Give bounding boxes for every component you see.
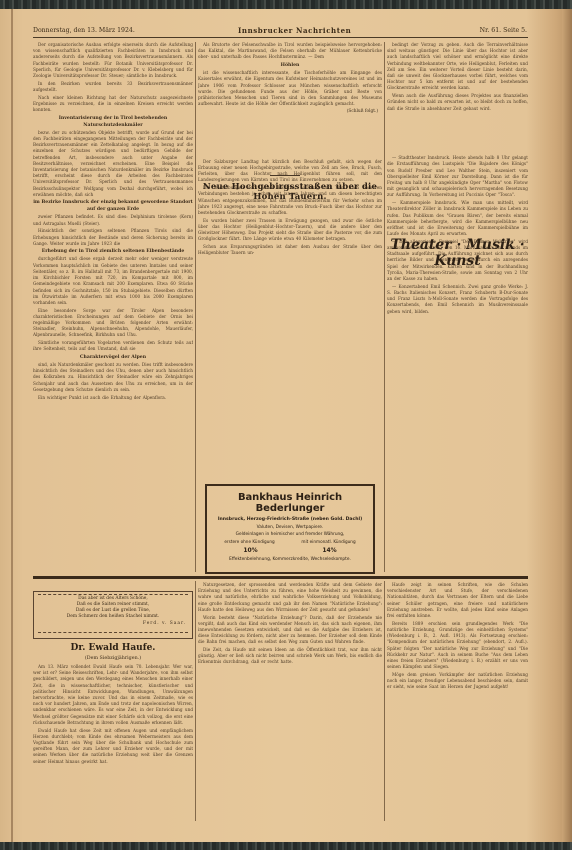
section-separator <box>270 175 300 176</box>
article-paragraph: Ein wichtiger Punkt ist auch die Erhaltu… <box>33 395 193 401</box>
ornament-border <box>38 632 188 636</box>
article-paragraph: Eine besondere Sorge war der Tiroler Alp… <box>33 308 193 339</box>
article-paragraph: ist die wissenschaftlich interessante, d… <box>198 70 382 107</box>
ad-deposits: Geldeinlagen in heimischer und fremder W… <box>211 532 369 537</box>
issue-page-number: Nr. 61. Seite 5. <box>480 27 527 34</box>
column-middle: Als Brutorte der Felsenschwalbe in Tirol… <box>198 42 382 460</box>
ad-conditions: erstere ohne Kündigung mit einmonatl. Kü… <box>211 539 369 544</box>
article-paragraph: Haufe zeigt in seinen Schriften, wie die… <box>387 582 528 619</box>
poem-box: Das aber ist des Alters Schöne, Daß es d… <box>33 591 193 639</box>
article-paragraph: durchgeführt und diese ergab derzeit meh… <box>33 256 193 306</box>
scanner-edge-bottom <box>0 842 572 850</box>
article-paragraph: Nach einer kleinen Richtung hat der Natu… <box>33 95 193 114</box>
ornament-border <box>38 594 188 598</box>
article-paragraph: Möge dem greisen Vorkämpfer der natürlic… <box>387 672 528 691</box>
poem-author: Ferd. v. Saar. <box>40 621 186 626</box>
binding-fold <box>11 9 13 842</box>
article-paragraph: In den Bezirken wurden bereits 33 Bezirk… <box>33 81 193 93</box>
article-subhead: Charaktervögel der Alpen <box>33 354 193 361</box>
section-heading-theater: Theater · Musik · Kunst <box>387 237 528 269</box>
essay-column-right: Haufe zeigt in seinen Schriften, wie die… <box>387 582 528 819</box>
column-divider <box>195 581 196 821</box>
newspaper-page: Donnerstag, den 13. März 1924. Innsbruck… <box>0 9 572 842</box>
article-paragraph: Der organisatorische Ausbau erfolgte ein… <box>33 42 193 79</box>
article-paragraph: Bereits 1889 erschien sein grundlegendes… <box>387 621 528 671</box>
article-paragraph: Als Brutorte der Felsenschwalbe in Tirol… <box>198 42 382 61</box>
page-section-rule <box>33 576 528 579</box>
article-subhead: Höhlen <box>198 62 382 69</box>
theater-item: — Kammerspiele Innsbruck. Wie man uns mi… <box>387 200 528 237</box>
article-subhead: Inventarisierung der in Tirol bestehende… <box>33 115 193 129</box>
article-paragraph: bezw. der zu schützenden Objekte betriff… <box>33 130 193 198</box>
ad-rate-left: 10% <box>243 547 257 554</box>
ad-condition-right: mit einmonatl. Kündigung <box>301 539 355 544</box>
essay-column-left: Am 13. März vollendet Ewald Haufe sein 7… <box>33 664 193 819</box>
ad-address: Innsbruck, Herzog-Friedrich-Straße (nebe… <box>211 517 369 522</box>
poem-line: Dem Schmerz den heißen Stachel nimmt. <box>40 614 186 620</box>
article-paragraph: sind, als Naturdenkmäler geschont zu wer… <box>33 362 193 393</box>
page-header: Donnerstag, den 13. März 1924. Innsbruck… <box>33 24 533 36</box>
ad-rate-right: 14% <box>322 547 336 554</box>
article-paragraph: Sämtliche vorangeführten Vogelarten verd… <box>33 340 193 352</box>
article-paragraph: Naturgesetzen, der sprossenden und werde… <box>198 582 382 613</box>
ad-rates: 10% 14% <box>211 547 369 554</box>
article-paragraph: Hinsichtlich der sonstigen seltenen Pfla… <box>33 228 193 247</box>
theater-item: — Stadttheater Innsbruck. Heute abends h… <box>387 155 528 198</box>
column-divider <box>384 581 385 821</box>
essay-column-middle: Naturgesetzen, der sprossenden und werde… <box>198 582 382 819</box>
article-paragraph: Worin besteht diese "Natürliche Erziehun… <box>198 615 382 646</box>
article-headline: Neue Hochgebirgsstraßen über die Hohen T… <box>198 182 382 202</box>
column-divider <box>195 42 196 572</box>
page-edge <box>562 9 572 842</box>
column-left: Der organisatorische Ausbau erfolgte ein… <box>33 42 193 547</box>
bank-advertisement: Bankhaus Heinrich Bederlunger Innsbruck,… <box>205 484 375 574</box>
column-right: bedingt der Vorzug zu geben. Auch die Te… <box>387 42 528 547</box>
article-paragraph: Es wurden bisher zwei Trassen in Erwägun… <box>198 218 382 243</box>
column-divider <box>384 42 385 572</box>
ad-services: Valuten, Devisen, Wertpapiere. <box>211 525 369 530</box>
scanner-edge-top <box>0 0 572 9</box>
article-subhead: im Bezirke Innsbruck der einzig bekannt … <box>33 199 193 213</box>
article-paragraph: Der Salzburger Landtag hat kürzlich den … <box>198 159 382 184</box>
essay-title: Dr. Ewald Haufe. <box>33 643 193 653</box>
article-paragraph: bedingt der Vorzug zu geben. Auch die Te… <box>387 42 528 92</box>
article-subhead: Erhebung der in Tirol ziemlich seltenen … <box>33 248 193 255</box>
article-paragraph: Wenn auch die Ausführung dieses Projekte… <box>387 93 528 112</box>
ad-other-services: Effektenbelehnung, Kommerzkredite, Wechs… <box>211 557 369 562</box>
issue-date: Donnerstag, den 13. März 1924. <box>33 27 135 34</box>
newspaper-name: Innsbrucker Nachrichten <box>238 26 351 35</box>
essay-subtitle: (Dem Siebzigjährigen.) <box>33 656 193 661</box>
theater-item: — Konzertabend Emil Schennich. Zwei ganz… <box>387 284 528 315</box>
article-paragraph: Die Zeit, da Haufe mit seinen Ideen an d… <box>198 647 382 666</box>
article-paragraph: Ewald Haufe hat diese Zeit mit offenen A… <box>33 728 193 765</box>
article-paragraph: Schon aus Ersparungsgründen ist daher de… <box>198 244 382 256</box>
ad-title: Bankhaus Heinrich Bederlunger <box>211 492 369 514</box>
article-paragraph: Am 13. März vollendet Ewald Haufe sein 7… <box>33 664 193 726</box>
article-paragraph: zweier Pflanzen befindet. Es sind dies: … <box>33 214 193 226</box>
header-rule <box>33 37 528 38</box>
ad-condition-left: erstere ohne Kündigung <box>224 539 274 544</box>
